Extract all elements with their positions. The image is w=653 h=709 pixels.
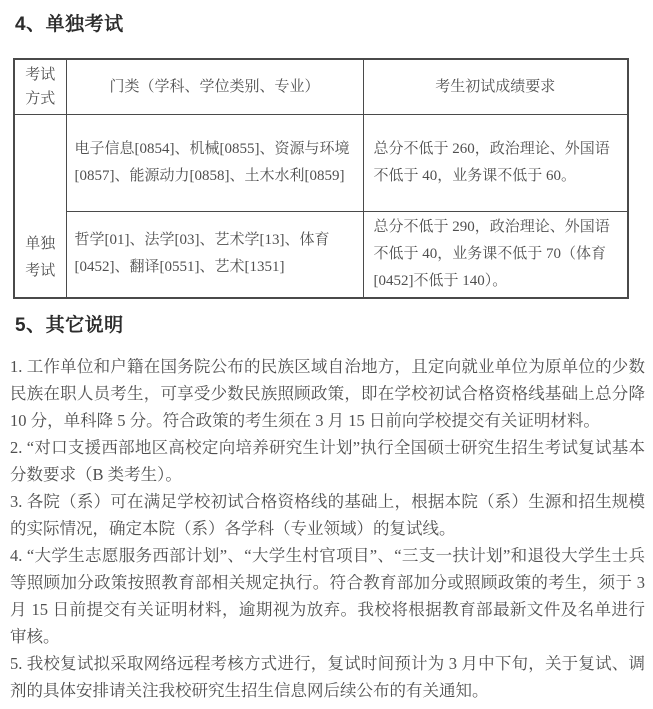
note-paragraph-3: 3. 各院（系）可在满足学校初试合格资格线的基础上，根据本院（系）生源和招生规模… (10, 488, 645, 542)
table-row: 单独考试 电子信息[0854]、机械[0855]、资源与环境[0857]、能源动… (14, 114, 628, 211)
table-header-row: 考试方式 门类（学科、学位类别、专业） 考生初试成绩要求 (14, 59, 628, 114)
section-5-heading: 5、其它说明 (15, 313, 653, 339)
category-cell-row-2: 哲学[01]、法学[03]、艺术学[13]、体育[0452]、翻译[0551]、… (66, 211, 363, 298)
document-page: 4、单独考试 考试方式 门类（学科、学位类别、专业） 考生初试成绩要求 单独考试… (0, 12, 653, 704)
col-header-category: 门类（学科、学位类别、专业） (66, 59, 363, 114)
note-paragraph-5: 5. 我校复试拟采取网络远程考核方式进行，复试时间预计为 3 月中下旬，关于复试… (10, 650, 645, 704)
note-paragraph-4: 4. “大学生志愿服务西部计划”、“大学生村官项目”、“三支一扶计划”和退役大学… (10, 542, 645, 650)
table-row: 哲学[01]、法学[03]、艺术学[13]、体育[0452]、翻译[0551]、… (14, 211, 628, 298)
exam-type-cell: 单独考试 (14, 114, 66, 298)
requirement-cell-row-1: 总分不低于 260，政治理论、外国语不低于 40，业务课不低于 60。 (363, 114, 628, 211)
requirement-cell-row-2: 总分不低于 290，政治理论、外国语不低于 40，业务课不低于 70（体育[04… (363, 211, 628, 298)
note-paragraph-1: 1. 工作单位和户籍在国务院公布的民族区域自治地方，且定向就业单位为原单位的少数… (10, 353, 645, 434)
col-header-score-requirement: 考生初试成绩要求 (363, 59, 628, 114)
exam-requirements-table: 考试方式 门类（学科、学位类别、专业） 考生初试成绩要求 单独考试 电子信息[0… (13, 58, 629, 299)
section-4-heading: 4、单独考试 (15, 12, 653, 38)
col-header-exam-type: 考试方式 (14, 59, 66, 114)
note-paragraph-2: 2. “对口支援西部地区高校定向培养研究生计划”执行全国硕士研究生招生考试复试基… (10, 434, 645, 488)
notes-section: 1. 工作单位和户籍在国务院公布的民族区域自治地方，且定向就业单位为原单位的少数… (10, 353, 645, 704)
category-cell-row-1: 电子信息[0854]、机械[0855]、资源与环境[0857]、能源动力[085… (66, 114, 363, 211)
